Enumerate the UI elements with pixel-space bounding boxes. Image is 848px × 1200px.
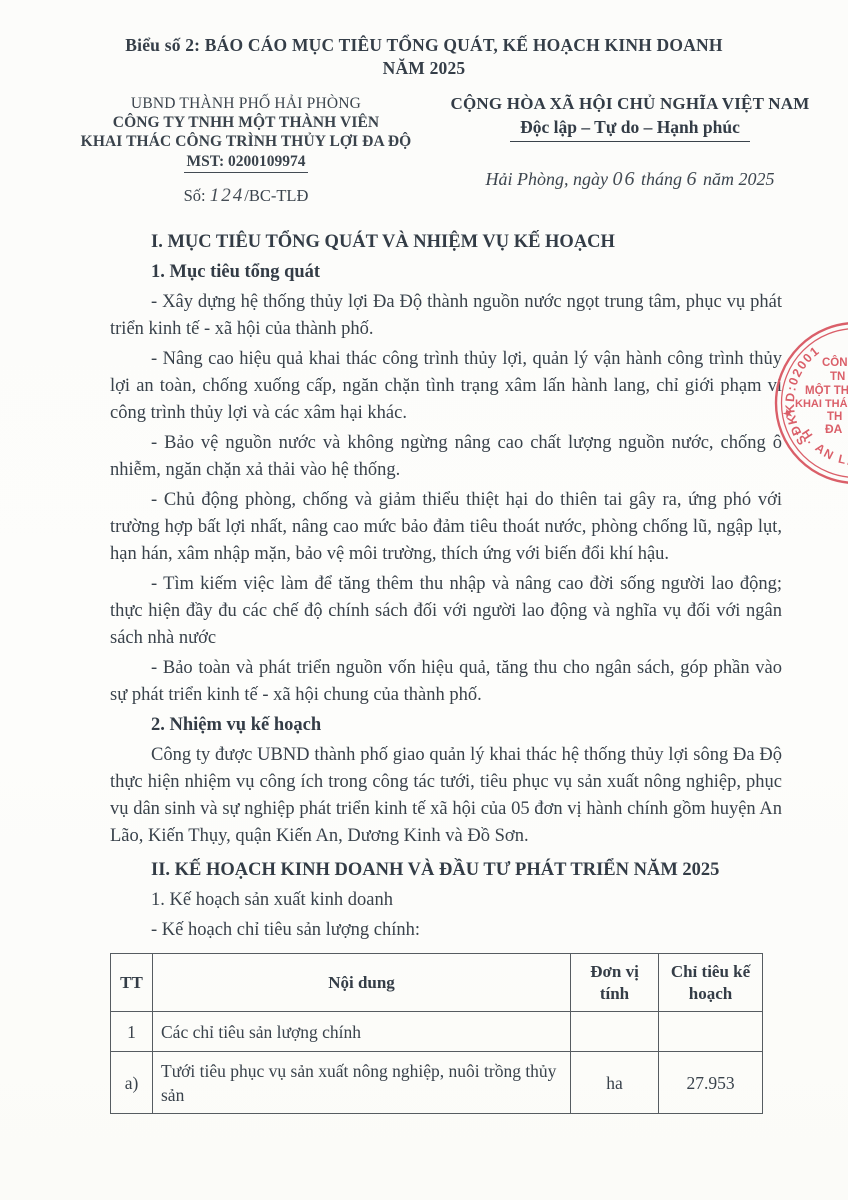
cell-unit — [571, 1012, 659, 1052]
table-header-unit: Đơn vị tính — [571, 954, 659, 1012]
paragraph: - Tìm kiếm việc làm để tăng thêm thu nhậ… — [110, 571, 782, 652]
paragraph: - Bảo vệ nguồn nước và không ngừng nâng … — [110, 430, 782, 484]
date-prefix: Hải Phòng, ngày — [486, 169, 608, 189]
kpi-table: TT Nội dung Đơn vị tính Chỉ tiêu kế hoạc… — [110, 953, 763, 1114]
issuer-tax-code: MST: 0200109974 — [58, 152, 434, 173]
document-title-line2: NĂM 2025 — [0, 57, 848, 80]
table-intro-line: - Kế hoạch chỉ tiêu sản lượng chính: — [110, 917, 782, 944]
paragraph: Công ty được UBND thành phố giao quản lý… — [110, 742, 782, 850]
issuer-company-line1: CÔNG TY TNHH MỘT THÀNH VIÊN — [58, 113, 434, 132]
paragraph: - Chủ động phòng, chống và giảm thiểu th… — [110, 487, 782, 568]
date-year: năm 2025 — [703, 169, 775, 189]
table-header-row: TT Nội dung Đơn vị tính Chỉ tiêu kế hoạc… — [111, 954, 763, 1012]
document-number-handwritten: 124 — [210, 185, 245, 206]
paragraph: - Xây dựng hệ thống thủy lợi Đa Độ thành… — [110, 289, 782, 343]
table-row: 1 Các chỉ tiêu sản lượng chính — [111, 1012, 763, 1052]
table-row: a) Tưới tiêu phục vụ sản xuất nông nghiệ… — [111, 1052, 763, 1114]
document-title-line1: Biểu số 2: BÁO CÁO MỤC TIÊU TỔNG QUÁT, K… — [0, 34, 848, 57]
issuer-company-line2: KHAI THÁC CÔNG TRÌNH THỦY LỢI ĐA ĐỘ — [58, 132, 434, 151]
subsection-heading-1-2: 2. Nhiệm vụ kế hoạch — [110, 712, 782, 739]
paragraph: - Nâng cao hiệu quả khai thác công trình… — [110, 346, 782, 427]
national-title: CỘNG HÒA XÃ HỘI CHỦ NGHĨA VIỆT NAM — [434, 94, 826, 114]
document-number: Số: 124/BC-TLĐ — [58, 186, 434, 205]
cell-target — [659, 1012, 763, 1052]
table-header-target: Chỉ tiêu kế hoạch — [659, 954, 763, 1012]
table-header-content: Nội dung — [153, 954, 571, 1012]
subsection-heading-1-1: 1. Mục tiêu tổng quát — [110, 259, 782, 286]
date-month-label: tháng — [641, 169, 682, 189]
section-heading-2: II. KẾ HOẠCH KINH DOANH VÀ ĐẦU TƯ PHÁT T… — [110, 857, 782, 884]
date-day-handwritten: 06 — [612, 168, 636, 190]
place-and-date: Hải Phòng, ngày 06 tháng 6 năm 2025 — [434, 168, 826, 191]
issuer-block: UBND THÀNH PHỐ HẢI PHÒNG CÔNG TY TNHH MỘ… — [58, 94, 434, 205]
cell-unit: ha — [571, 1052, 659, 1114]
scanned-document-page: Biểu số 2: BÁO CÁO MỤC TIÊU TỔNG QUÁT, K… — [0, 0, 848, 1200]
document-header: UBND THÀNH PHỐ HẢI PHÒNG CÔNG TY TNHH MỘ… — [0, 80, 848, 205]
subsection-line: 1. Kế hoạch sản xuất kinh doanh — [110, 887, 782, 914]
date-month-handwritten: 6 — [687, 168, 699, 190]
cell-tt: a) — [111, 1052, 153, 1114]
document-title: Biểu số 2: BÁO CÁO MỤC TIÊU TỔNG QUÁT, K… — [0, 34, 848, 80]
cell-target: 27.953 — [659, 1052, 763, 1114]
document-number-label: Số: — [184, 186, 206, 205]
cell-content: Tưới tiêu phục vụ sản xuất nông nghiệp, … — [153, 1052, 571, 1114]
document-body: I. MỤC TIÊU TỔNG QUÁT VÀ NHIỆM VỤ KẾ HOẠ… — [0, 229, 848, 944]
national-motto-block: CỘNG HÒA XÃ HỘI CHỦ NGHĨA VIỆT NAM Độc l… — [434, 94, 826, 205]
national-motto: Độc lập – Tự do – Hạnh phúc — [434, 117, 826, 142]
document-number-suffix: /BC-TLĐ — [244, 186, 308, 205]
cell-content: Các chỉ tiêu sản lượng chính — [153, 1012, 571, 1052]
paragraph: - Bảo toàn và phát triển nguồn vốn hiệu … — [110, 655, 782, 709]
issuer-authority: UBND THÀNH PHỐ HẢI PHÒNG — [58, 94, 434, 113]
table-header-tt: TT — [111, 954, 153, 1012]
cell-tt: 1 — [111, 1012, 153, 1052]
section-heading-1: I. MỤC TIÊU TỔNG QUÁT VÀ NHIỆM VỤ KẾ HOẠ… — [110, 229, 782, 256]
